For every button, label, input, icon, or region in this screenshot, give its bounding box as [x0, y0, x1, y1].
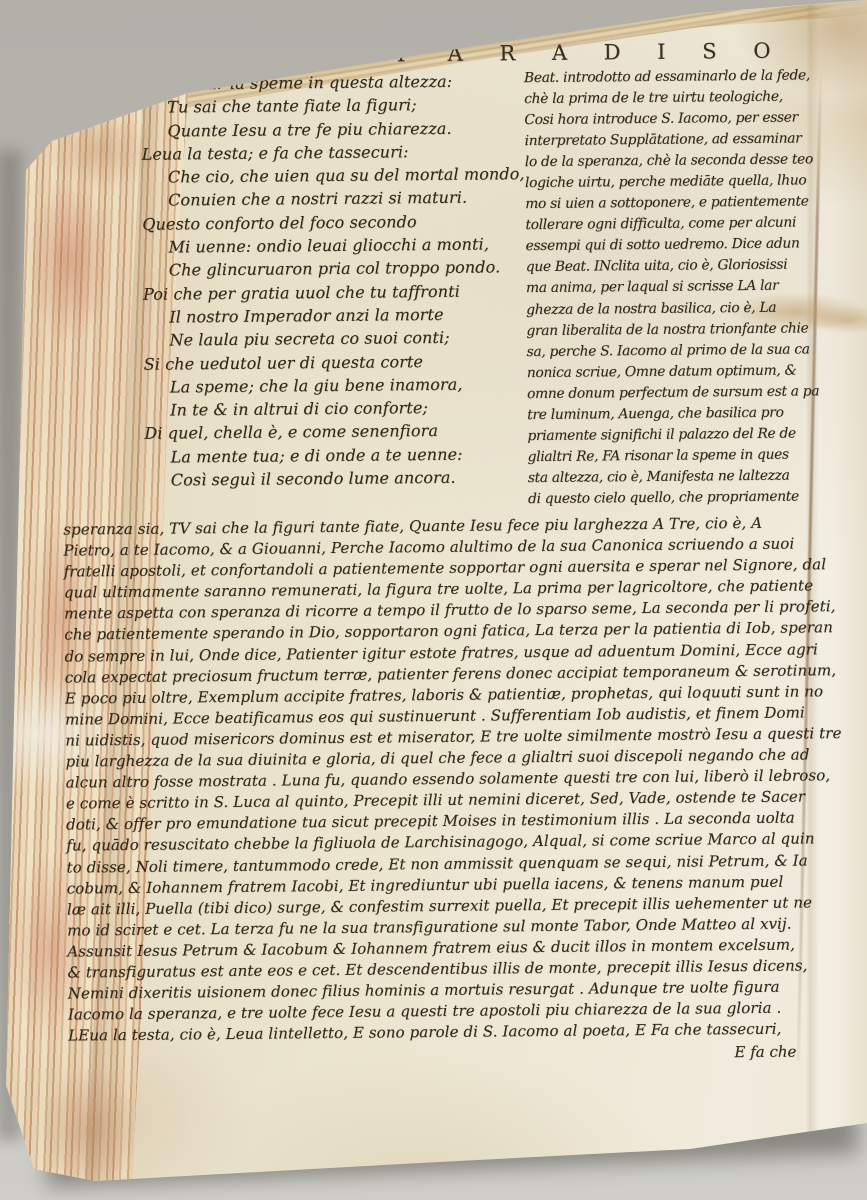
commentary-line: omne donum perfectum de sursum est a pa — [527, 381, 821, 405]
verse-line: Ne laula piu secreta co suoi conti; — [169, 325, 526, 352]
verse-line: La speme; che la giu bene inamora, — [170, 372, 527, 399]
commentary-block: speranza sia, TV sai che la figuri tante… — [63, 512, 824, 1047]
verse-line: La mente tua; e di onde a te uenne: — [171, 442, 528, 469]
printed-text-area: P A R A D I S O Fa risonar la speme in q… — [0, 0, 867, 1200]
commentary-line: priamente significhi il palazzo del Re d… — [527, 423, 821, 447]
commentary-line: Beat. introdotto ad essaminarlo de la fe… — [524, 65, 818, 89]
running-title: P A R A D I S O — [397, 39, 786, 67]
commentary-line: tre luminum, Auenga, che basilica pro — [527, 402, 821, 426]
verse-line: Che glincuruaron pria col troppo pondo. — [169, 255, 526, 282]
commentary-line: Cosi hora introduce S. Iacomo, per esser — [524, 107, 818, 131]
verse-column: Fa risonar la speme in questa altezza:Tu… — [141, 69, 528, 492]
commentary-line: essempi qui di sotto uedremo. Dice adun — [526, 234, 820, 258]
commentary-column: Beat. introdotto ad essaminarlo de la fe… — [524, 65, 822, 510]
verse-line: Tu sai che tante fiate la figuri; — [167, 92, 524, 119]
commentary-line: glialtri Re, FA risonar la speme in ques — [528, 444, 822, 468]
verse-line: Quante Iesu a tre fe piu chiarezza. — [167, 116, 524, 143]
commentary-line: sta altezza, cio è, Manifesta ne laltezz… — [528, 465, 822, 489]
verse-line: Il nostro Imperador anzi la morte — [169, 302, 526, 329]
book-page: P A R A D I S O Fa risonar la speme in q… — [0, 0, 867, 1200]
verse-line: Mi uenne: ondio leuai gliocchi a monti, — [168, 232, 525, 259]
catchword: E fa che — [68, 1043, 796, 1068]
commentary-line: ghezza de la nostra basilica, cio è, La — [526, 297, 820, 321]
commentary-line: nonica scriue, Omne datum optimum, & — [527, 360, 821, 384]
commentary-line: logiche uirtu, perche mediāte quella, lh… — [525, 171, 819, 195]
commentary-line: chè la prima de le tre uirtu teologiche, — [524, 86, 818, 110]
commentary-line: interpretato Supplātatione, ad essaminar — [525, 128, 819, 152]
commentary-line: sa, perche S. Iacomo al primo de la sua … — [527, 339, 821, 363]
commentary-line: gran liberalita de la nostra trionfante … — [526, 318, 820, 342]
commentary-line: mo si uien a sottoponere, e patientement… — [525, 192, 819, 216]
verse-line: Conuien che a nostri razzi si maturi. — [168, 186, 525, 213]
commentary-line: tollerare ogni difficulta, come per alcu… — [525, 213, 819, 237]
verse-line: Così seguì il secondo lume ancora. — [171, 465, 528, 492]
commentary-line: di questo cielo quello, che propriamente — [528, 486, 822, 510]
verse-line: In te & in altrui di cio conforte; — [170, 395, 527, 422]
book-photograph: P A R A D I S O Fa risonar la speme in q… — [0, 0, 867, 1200]
verse-line: Che cio, che uien qua su del mortal mond… — [168, 162, 525, 189]
commentary-line: que Beat. INclita uita, cio è, Gloriosis… — [526, 255, 820, 279]
commentary-line: ma anima, per laqual si scrisse LA lar — [526, 276, 820, 300]
commentary-line: lo de la speranza, chè la seconda desse … — [525, 149, 819, 173]
